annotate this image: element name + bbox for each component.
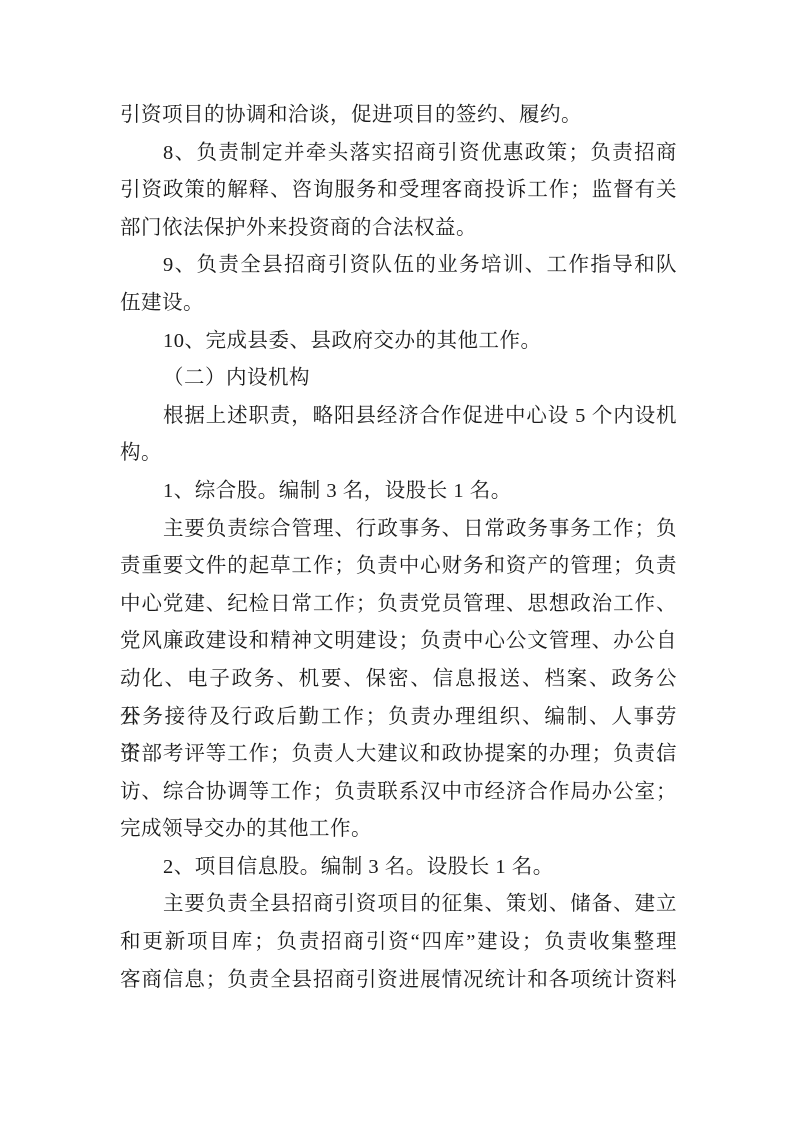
document-line: 党风廉政建设和精神文明建设；负责中心公文管理、办公自 [120,623,677,661]
document-line: 引资政策的解释、咨询服务和受理客商投诉工作；监督有关 [120,172,677,210]
document-line: 8、负责制定并牵头落实招商引资优惠政策；负责招商 [120,135,677,173]
document-line: 公务接待及行政后勤工作；负责办理组织、编制、人事劳资、 [120,699,677,737]
document-line: 客商信息；负责全县招商引资进展情况统计和各项统计资料 [120,962,677,1000]
document-line: 干部考评等工作；负责人大建议和政协提案的办理；负责信 [120,736,677,774]
document-line: 引资项目的协调和洽谈，促进项目的签约、履约。 [120,97,677,135]
document-line: 动化、电子政务、机要、保密、信息报送、档案、政务公开、 [120,661,677,699]
document-line: 和更新项目库；负责招商引资“四库”建设；负责收集整理 [120,924,677,962]
document-body: 引资项目的协调和洽谈，促进项目的签约、履约。8、负责制定并牵头落实招商引资优惠政… [120,97,677,999]
document-line: 根据上述职责，略阳县经济合作促进中心设 5 个内设机 [120,398,677,436]
document-line: 完成领导交办的其他工作。 [120,811,677,849]
document-line: 主要负责全县招商引资项目的征集、策划、储备、建立 [120,886,677,924]
document-line: 9、负责全县招商引资队伍的业务培训、工作指导和队 [120,247,677,285]
document-line: 主要负责综合管理、行政事务、日常政务事务工作；负 [120,511,677,549]
document-line: 伍建设。 [120,285,677,323]
document-line: 2、项目信息股。编制 3 名。设股长 1 名。 [120,849,677,887]
document-page: 引资项目的协调和洽谈，促进项目的签约、履约。8、负责制定并牵头落实招商引资优惠政… [0,0,793,1122]
document-line: 构。 [120,435,677,473]
document-line: 中心党建、纪检日常工作；负责党员管理、思想政治工作、 [120,586,677,624]
document-line: （二）内设机构 [120,360,677,398]
document-line: 部门依法保护外来投资商的合法权益。 [120,210,677,248]
document-line: 责重要文件的起草工作；负责中心财务和资产的管理；负责 [120,548,677,586]
document-line: 访、综合协调等工作；负责联系汉中市经济合作局办公室； [120,774,677,812]
document-line: 10、完成县委、县政府交办的其他工作。 [120,323,677,361]
document-line: 1、综合股。编制 3 名，设股长 1 名。 [120,473,677,511]
